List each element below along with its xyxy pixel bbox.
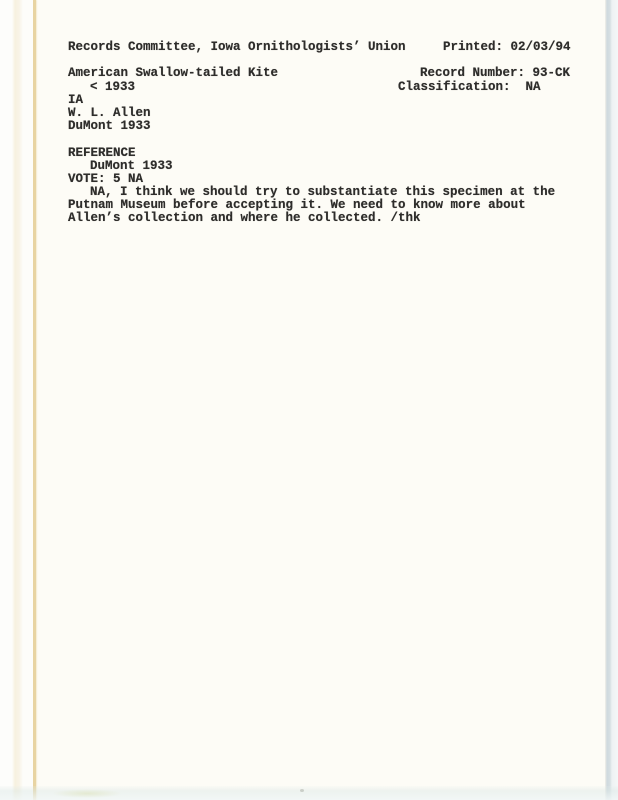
species-name: American Swallow-tailed Kite	[68, 67, 278, 80]
scanned-document: Records Committee, Iowa Ornithologists’ …	[0, 0, 618, 800]
printed-date: Printed: 02/03/94	[443, 41, 571, 54]
record-date: < 1933	[90, 81, 135, 94]
scan-speck	[300, 789, 304, 792]
record-source: DuMont 1933	[68, 120, 151, 133]
committee-name: Records Committee, Iowa Ornithologists’ …	[68, 41, 406, 54]
vote-comment-row: Allen’s collection and where he collecte…	[0, 212, 618, 225]
species-row: American Swallow-tailed Kite Record Numb…	[0, 67, 618, 80]
record-state: IA	[68, 94, 83, 107]
classification: Classification: NA	[398, 81, 541, 94]
scan-smudge	[52, 789, 122, 798]
reference-citation: DuMont 1933	[90, 160, 173, 173]
spacer-row	[0, 133, 618, 146]
date-row: < 1933 Classification: NA	[0, 81, 618, 94]
reference-heading-row: REFERENCE	[0, 147, 618, 160]
reference-heading: REFERENCE	[68, 147, 136, 160]
source-row: DuMont 1933	[0, 120, 618, 133]
reference-citation-row: DuMont 1933	[0, 160, 618, 173]
vote-comment-line-3: Allen’s collection and where he collecte…	[68, 212, 421, 225]
header-row: Records Committee, Iowa Ornithologists’ …	[0, 41, 618, 54]
document-text: Records Committee, Iowa Ornithologists’ …	[0, 41, 618, 226]
record-number: Record Number: 93-CK	[420, 67, 570, 80]
state-row: IA	[0, 94, 618, 107]
